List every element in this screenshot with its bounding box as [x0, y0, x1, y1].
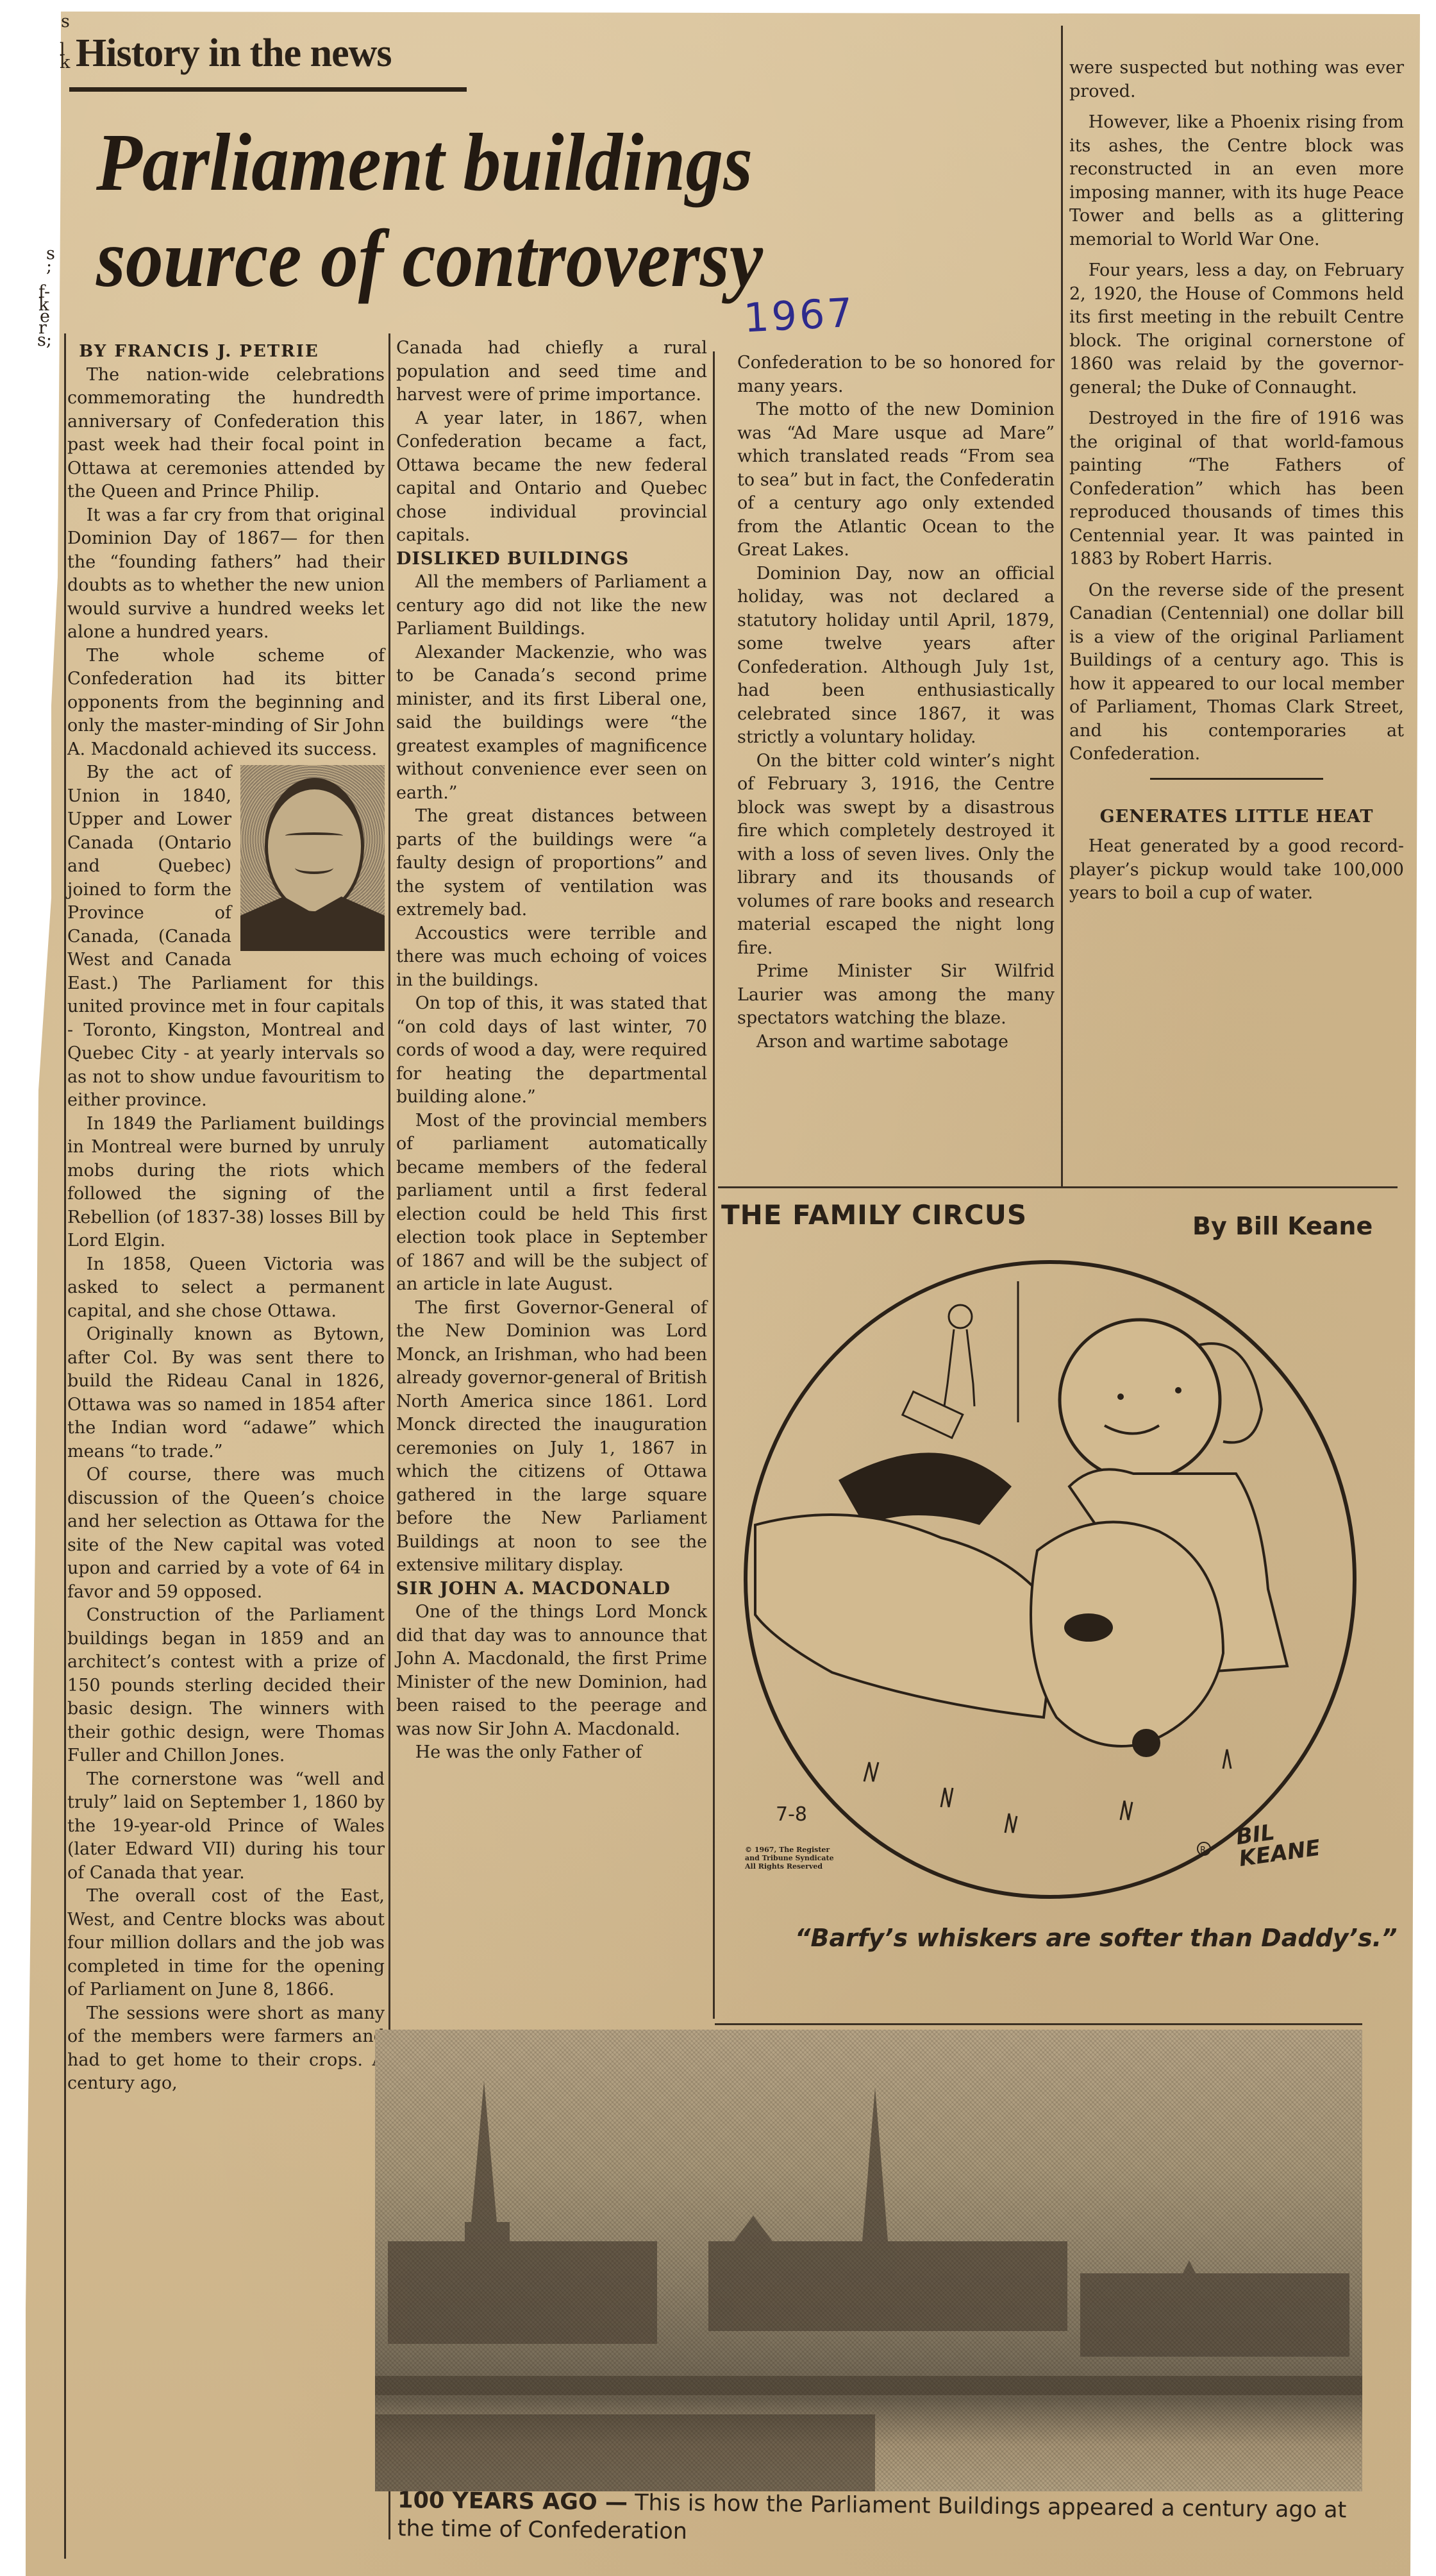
sidebar-heading: GENERATES LITTLE HEAT	[1069, 805, 1404, 829]
headline-line-1: Parliament buildings	[96, 115, 753, 210]
comic-signature: BIL KEANE	[1235, 1816, 1317, 1870]
copyright-line: All Rights Reserved	[745, 1862, 834, 1871]
paragraph: Prime Minister Sir Wilfrid Laurier was a…	[737, 960, 1055, 1031]
paragraph: It was a far cry from that original Domi…	[67, 504, 385, 644]
section-label: History in the news	[76, 31, 392, 76]
paragraph: Most of the provincial members of parlia…	[396, 1109, 707, 1297]
edge-fragment: s;	[37, 330, 52, 350]
paragraph: All the members of Parliament a century …	[396, 571, 707, 641]
paragraph: Four years, less a day, on February 2, 1…	[1069, 259, 1404, 400]
article-column-2: Canada had chiefly a rural population an…	[396, 337, 707, 1765]
comic-date-mark: 7-8	[776, 1803, 807, 1826]
portrait-eyes	[285, 832, 343, 839]
headline-line-2: source of controversy	[96, 212, 763, 306]
paragraph: Construction of the Parliament buildings…	[67, 1604, 385, 1768]
section-divider	[718, 1186, 1398, 1188]
paragraph: The nation-wide celebrations commemorati…	[67, 364, 385, 504]
paragraph-continued: were suspected but nothing was ever prov…	[1069, 56, 1404, 103]
comic-title: THE FAMILY CIRCUS	[721, 1199, 1027, 1231]
paragraph: One of the things Lord Monck did that da…	[396, 1601, 707, 1741]
byline: BY FRANCIS J. PETRIE	[67, 340, 385, 364]
paragraph: Of course, there was much discussion of …	[67, 1463, 385, 1604]
parliament-buildings-photo	[375, 2030, 1362, 2491]
paragraph: On top of this, it was stated that “on c…	[396, 992, 707, 1109]
paragraph: Arson and wartime sabotage	[737, 1031, 1055, 1054]
paragraph: The motto of the new Dominion was “Ad Ma…	[737, 398, 1055, 562]
paragraph: The sessions were short as many of the m…	[67, 2002, 385, 2096]
subhead-disliked-buildings: DISLIKED BUILDINGS	[396, 548, 707, 571]
paragraph-continued: Confederation to be so honored for many …	[737, 351, 1055, 398]
svg-text:R: R	[1200, 1846, 1206, 1855]
paragraph: Destroyed in the fire of 1916 was the or…	[1069, 407, 1404, 571]
sidebar-separator	[1150, 778, 1323, 780]
portrait-mouth	[295, 861, 333, 874]
paragraph: However, like a Phoenix rising from its …	[1069, 111, 1404, 251]
paragraph: Dominion Day, now an official holiday, w…	[737, 562, 1055, 750]
paragraph: The whole scheme of Confederation had it…	[67, 644, 385, 762]
column-rule	[1061, 26, 1063, 1186]
sidebar-body: Heat generated by a good record-player’s…	[1069, 835, 1404, 905]
portrait-photo	[240, 765, 385, 951]
handwritten-year: 1967	[742, 289, 856, 342]
copyright-line: © 1967, The Register	[745, 1846, 834, 1854]
portrait-face	[265, 778, 364, 914]
parliament-buildings-illustration	[375, 2030, 1362, 2491]
paragraph: The great distances between parts of the…	[396, 805, 707, 922]
photo-caption: 100 YEARS AGO — This is how the Parliame…	[397, 2486, 1360, 2553]
article-column-3: Confederation to be so honored for many …	[737, 351, 1055, 1054]
comic-panel: R	[736, 1256, 1364, 1907]
paragraph: On the bitter cold winter’s night of Feb…	[737, 750, 1055, 961]
comic-author: By Bill Keane	[1192, 1212, 1373, 1240]
paragraph: In 1849 the Parliament buildings in Mont…	[67, 1113, 385, 1253]
article-column-4: were suspected but nothing was ever prov…	[1069, 56, 1404, 905]
photo-caption-lead: 100 YEARS AGO —	[397, 2488, 628, 2516]
column-rule	[713, 351, 715, 2019]
paragraph: Originally known as Bytown, after Col. B…	[67, 1323, 385, 1463]
paragraph: The first Governor-General of the New Do…	[396, 1297, 707, 1578]
paragraph-continued: Canada had chiefly a rural population an…	[396, 337, 707, 407]
section-divider	[715, 2023, 1362, 2025]
paragraph: Alexander Mackenzie, who was to be Canad…	[396, 641, 707, 805]
paragraph: A year later, in 1867, when Confederatio…	[396, 407, 707, 548]
edge-fragment: s	[61, 12, 70, 31]
edge-fragment: k	[60, 53, 70, 72]
paragraph: The cornerstone was “well and truly” lai…	[67, 1768, 385, 1885]
paragraph: On the reverse side of the present Canad…	[1069, 579, 1404, 766]
copyright-line: and Tribune Syndicate	[745, 1854, 834, 1862]
paragraph: In 1858, Queen Victoria was asked to sel…	[67, 1253, 385, 1324]
section-rule	[69, 87, 467, 92]
article-column-1: BY FRANCIS J. PETRIE The nation-wide cel…	[67, 340, 385, 2096]
paragraph: The overall cost of the East, West, and …	[67, 1885, 385, 2002]
paragraph: Accoustics were terrible and there was m…	[396, 922, 707, 993]
edge-fragment: ;	[46, 257, 52, 276]
comic-caption: “Barfy’s whiskers are softer than Daddy’…	[795, 1924, 1398, 1952]
column-rule	[64, 333, 66, 2559]
comic-copyright: © 1967, The Register and Tribune Syndica…	[745, 1846, 834, 1871]
subhead-macdonald: SIR JOHN A. MACDONALD	[396, 1578, 707, 1601]
paragraph: He was the only Father of	[396, 1741, 707, 1765]
